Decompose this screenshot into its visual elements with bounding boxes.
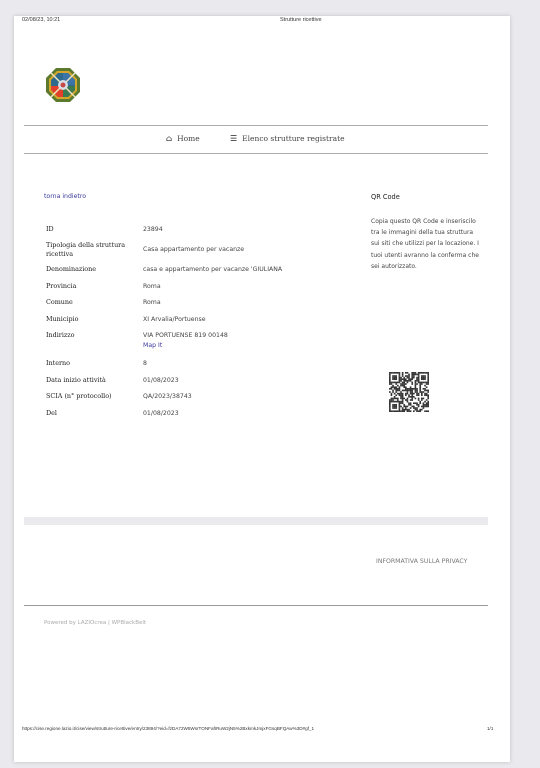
map-it-link[interactable]: Map It (143, 341, 356, 350)
detail-row: Interno 8 (46, 356, 356, 373)
detail-value: Roma (143, 282, 356, 291)
print-datetime: 02/08/23, 10:21 (22, 17, 60, 23)
privacy-policy-link[interactable]: INFORMATIVA SULLA PRIVACY (376, 556, 476, 569)
detail-value: Casa appartamento per vacanze (143, 245, 356, 254)
detail-row: Data inizio attività 01/08/2023 (46, 372, 356, 389)
detail-label: Comune (46, 298, 143, 307)
list-icon: ☰ (230, 134, 237, 143)
detail-value: casa e appartamento per vacanze 'GIULIAN… (143, 265, 356, 274)
detail-label: Interno (46, 359, 143, 368)
back-link[interactable]: torna indietro (44, 193, 86, 200)
detail-row: Provincia Roma (46, 278, 356, 295)
detail-label: Municipio (46, 315, 143, 324)
detail-label: Indirizzo (46, 331, 143, 340)
nav-home-label: Home (177, 134, 200, 143)
detail-value: XI Arvalia/Portuense (143, 315, 356, 324)
detail-label: Tipologia della struttura ricettiva (46, 241, 143, 259)
detail-value: QA/2023/38743 (143, 392, 356, 401)
content-footer-divider (24, 517, 488, 525)
detail-row: Municipio XI Arvalia/Portuense (46, 311, 356, 328)
print-url: https://cise.regione.lazio.it/cise/view/… (22, 726, 314, 731)
qr-code-image[interactable] (389, 372, 429, 412)
detail-value: 8 (143, 359, 356, 368)
detail-label: Del (46, 409, 143, 418)
structure-details: ID 23894 Tipologia della struttura ricet… (46, 221, 356, 422)
detail-label: Provincia (46, 282, 143, 291)
powered-by-text: Powered by LAZIOcrea | WPBlackBelt (44, 620, 146, 626)
detail-label: Data inizio attività (46, 376, 143, 385)
detail-row: Tipologia della struttura ricettiva Casa… (46, 238, 356, 262)
detail-row: Del 01/08/2023 (46, 405, 356, 422)
detail-value: VIA PORTUENSE 819 00148 Map It (143, 331, 356, 350)
detail-label: ID (46, 225, 143, 234)
qr-code-title: QR Code (371, 193, 400, 201)
detail-row: Comune Roma (46, 295, 356, 312)
detail-row-address: Indirizzo VIA PORTUENSE 819 00148 Map It (46, 328, 356, 356)
regione-lazio-logo-icon[interactable] (44, 66, 82, 104)
detail-label: Denominazione (46, 265, 143, 274)
detail-value: Roma (143, 298, 356, 307)
detail-value: 01/08/2023 (143, 376, 356, 385)
address-value: VIA PORTUENSE 819 00148 (143, 332, 228, 339)
detail-row: ID 23894 (46, 221, 356, 238)
detail-row: Denominazione casa e appartamento per va… (46, 262, 356, 279)
detail-value: 01/08/2023 (143, 409, 356, 418)
nav-home[interactable]: ⌂ Home (166, 134, 200, 143)
print-page-number: 1/1 (487, 726, 493, 731)
footer-divider (24, 605, 488, 606)
nav-elenco-label: Elenco strutture registrate (242, 134, 344, 143)
detail-row: SCIA (n° protocollo) QA/2023/38743 (46, 389, 356, 406)
qr-code-description: Copia questo QR Code e inseriscilo tra l… (371, 216, 483, 272)
detail-label: SCIA (n° protocollo) (46, 392, 143, 401)
main-navigation: ⌂ Home ☰ Elenco strutture registrate (24, 125, 488, 154)
detail-value: 23894 (143, 225, 356, 234)
print-page-title: Strutture ricettive (280, 17, 322, 23)
home-icon: ⌂ (166, 134, 172, 143)
nav-elenco-strutture[interactable]: ☰ Elenco strutture registrate (230, 134, 345, 143)
